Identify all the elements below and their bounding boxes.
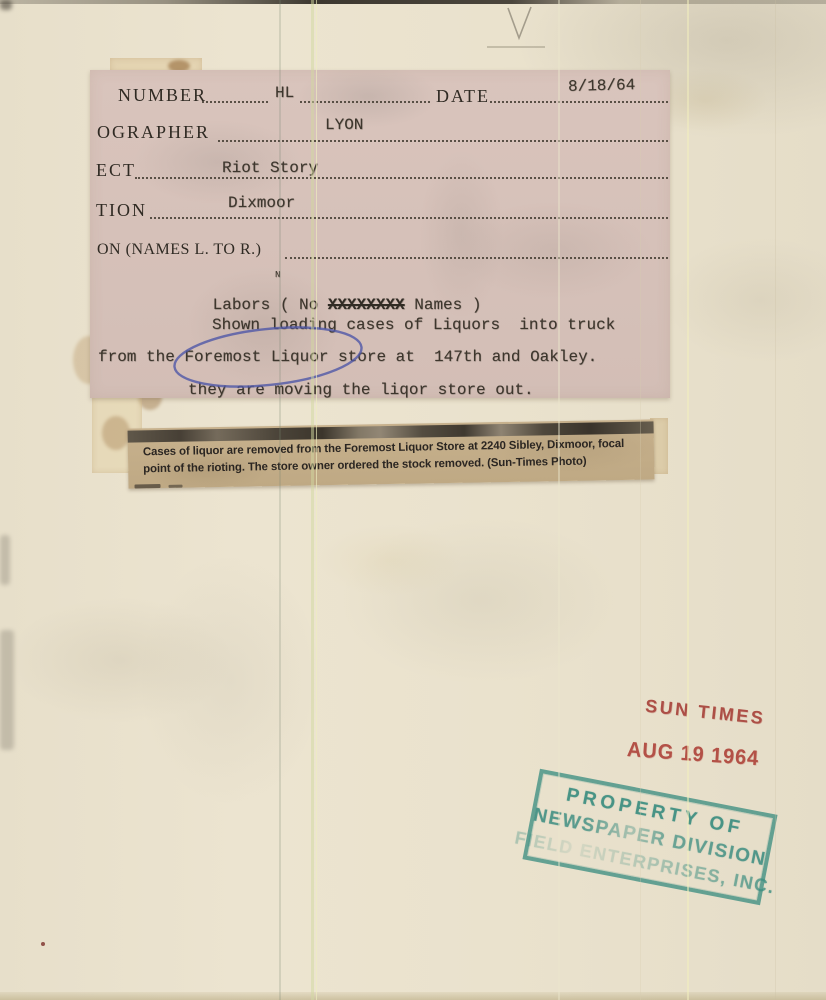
- tape-stain: [102, 416, 130, 450]
- vertical-crease: [279, 0, 281, 1000]
- location-field-label: TION: [96, 200, 147, 221]
- photographer-field-label: OGRAPHER: [97, 122, 210, 143]
- pencil-line-mark: [487, 46, 545, 48]
- dotted-leader: [135, 177, 668, 179]
- dotted-leader: [202, 101, 268, 103]
- pen-circle-annotation: [168, 322, 374, 394]
- vertical-crease: [687, 0, 689, 1000]
- photo-back-paper: NUMBER HL DATE 8/18/64 OGRAPHER LYON ECT…: [0, 0, 826, 1000]
- vertical-crease: [316, 0, 317, 1000]
- photo-bottom-edge-shadow: [0, 992, 826, 1000]
- number-field-value: HL: [275, 84, 294, 102]
- photographer-field-value: LYON: [325, 116, 363, 134]
- clipping-cut-text-fragment: [169, 485, 183, 488]
- vertical-crease: [640, 0, 641, 1000]
- names-field-label: ON (NAMES L. TO R.): [97, 241, 261, 259]
- subject-field-label: ECT: [96, 160, 136, 181]
- date-field-value: 8/18/64: [568, 76, 636, 96]
- sun-times-stamp: SUN TIMES: [644, 696, 766, 729]
- newspaper-clipping: Cases of liquor are removed from the For…: [128, 419, 655, 488]
- clipping-caption-line-2: point of the rioting. The store owner or…: [143, 456, 586, 476]
- number-field-label: NUMBER: [118, 85, 207, 106]
- typed-caption-label: NUMBER HL DATE 8/18/64 OGRAPHER LYON ECT…: [90, 70, 670, 398]
- dotted-leader: [300, 101, 430, 103]
- vertical-crease: [311, 0, 314, 1000]
- note-line-1-crossed-out: XXXXXXXX: [328, 296, 405, 314]
- dotted-leader: [218, 140, 668, 142]
- photo-top-edge-shadow: [0, 0, 826, 4]
- dotted-leader: [150, 217, 668, 219]
- pencil-v-mark: [505, 6, 535, 42]
- vertical-crease: [775, 0, 776, 1000]
- edge-smudge: [0, 630, 14, 750]
- edge-smudge: [0, 535, 10, 585]
- dotted-leader: [490, 101, 668, 103]
- property-stamp: PROPERTY OF NEWSPAPER DIVISION FIELD ENT…: [522, 769, 777, 905]
- clipping-cut-text-fragment: [134, 484, 160, 488]
- location-field-value: Dixmoor: [228, 194, 295, 212]
- vertical-crease: [558, 0, 560, 1000]
- date-field-label: DATE: [436, 86, 490, 107]
- corner-smudge: [0, 0, 12, 10]
- subject-field-value: Riot Story: [222, 159, 318, 177]
- dotted-leader: [285, 257, 668, 259]
- received-date-stamp: AUG 19 1964: [626, 738, 760, 771]
- ink-speck: [41, 942, 45, 946]
- note-line-1-post: Names ): [405, 296, 482, 314]
